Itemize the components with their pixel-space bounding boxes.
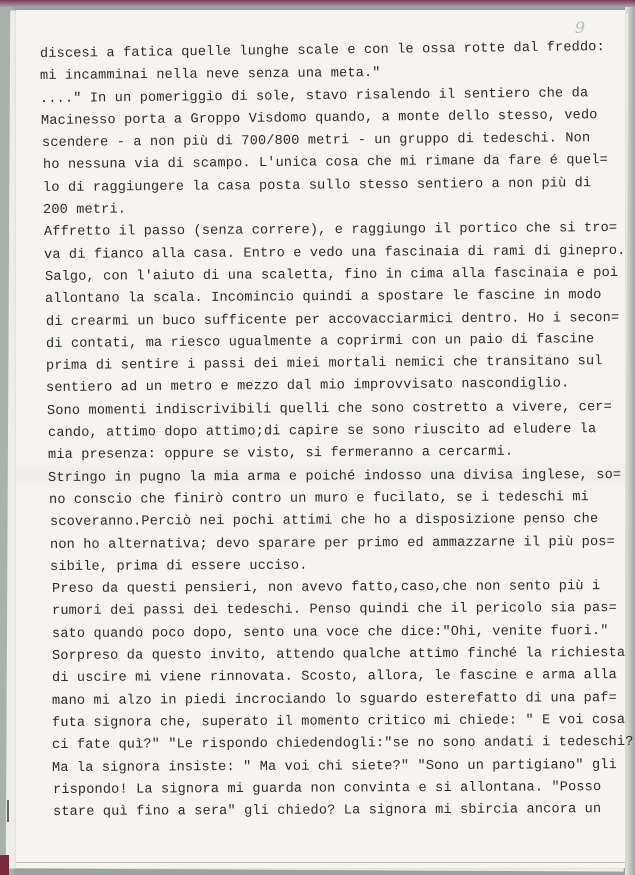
text-line: no conscio che finirò contro un muro e f…: [49, 487, 600, 512]
page-body-text: discesi a fatica quelle lunghe scale e c…: [40, 44, 600, 824]
text-line: non ho alternativa; devo sparare per pri…: [50, 532, 600, 557]
text-line: Stringo in pugno la mia arma e poiché in…: [48, 465, 600, 490]
text-line: mia presenza: oppure se visto, si fermer…: [48, 441, 600, 467]
binder-clip: [0, 855, 9, 875]
text-line: allontano la scala. Incomincio quindi a …: [45, 285, 600, 311]
text-line: ci fate quì?" "Le rispondo chiedendogli:…: [52, 732, 600, 757]
page-number: 9: [575, 18, 585, 37]
text-line: rumori dei passi dei tedeschi. Penso qui…: [52, 599, 600, 624]
text-line: rispondo! La signora mi guarda non convi…: [53, 777, 600, 802]
text-line: Ma la signora insiste: " Ma voi chi siet…: [52, 755, 600, 780]
text-line: mano mi alzo in piedi incrociando lo sgu…: [52, 688, 600, 713]
text-line: lo di raggiungere la casa posta sullo st…: [43, 173, 600, 200]
text-line: sentiero ad un metro e mezzo dal mio imp…: [46, 374, 600, 401]
torn-bottom-edge: [16, 859, 625, 863]
binding-mark: [7, 800, 9, 822]
text-line: di uscire mi viene rinnovata. Scosto, al…: [52, 665, 600, 690]
text-line: sibile, prima di essere ucciso.: [50, 554, 600, 579]
scanner-top-edge: [0, 0, 635, 7]
text-line: sato quando poco dopo, sento una voce ch…: [52, 621, 600, 646]
text-line: futa signora che, superato il momento cr…: [52, 710, 600, 735]
text-line: stare quì fino a sera" gli chiedo? La si…: [53, 799, 600, 824]
text-line: Sorpreso da questo invito, attendo qualc…: [52, 643, 600, 668]
text-line: scoveranno.Perciò nei pochi attimi che h…: [50, 509, 600, 534]
